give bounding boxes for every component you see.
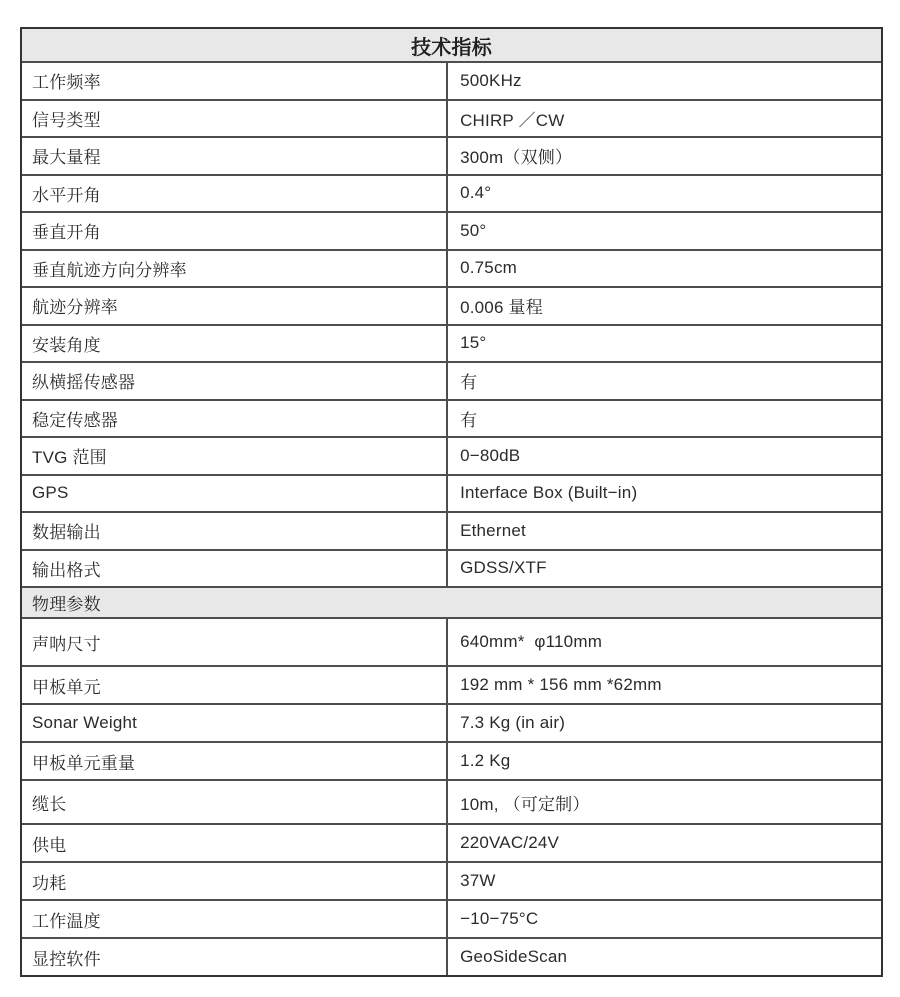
spec-value: 300m（双侧） [448,138,881,174]
spec-value: 192 mm * 156 mm *62mm [448,667,881,703]
table-row: 最大量程 300m（双侧） [22,138,881,176]
spec-label: 水平开角 [22,176,448,212]
table-title-row: 技术指标 [22,29,881,63]
spec-value: 有 [448,401,881,437]
table-row: 纵横摇传感器 有 [22,363,881,401]
table-row: 信号类型 CHIRP ／CW [22,101,881,139]
table-row: TVG 范围 0−80dB [22,438,881,476]
table-row: 输出格式 GDSS/XTF [22,551,881,589]
table-row: 航迹分辨率 0.006 量程 [22,288,881,326]
spec-value: 0.75cm [448,251,881,287]
spec-label: 声呐尺寸 [22,619,448,665]
table-row: 垂直航迹方向分辨率 0.75cm [22,251,881,289]
spec-label: 垂直航迹方向分辨率 [22,251,448,287]
spec-label: 垂直开角 [22,213,448,249]
spec-label: 安装角度 [22,326,448,362]
spec-label: 数据输出 [22,513,448,549]
spec-label: 工作频率 [22,63,448,99]
spec-value: Interface Box (Built−in) [448,476,881,512]
spec-value: CHIRP ／CW [448,101,881,137]
table-row: GPS Interface Box (Built−in) [22,476,881,514]
spec-value: −10−75°C [448,901,881,937]
spec-label: 甲板单元 [22,667,448,703]
spec-value: 10m, （可定制） [448,781,881,823]
spec-value: 220VAC/24V [448,825,881,861]
table-row: 安装角度 15° [22,326,881,364]
table-row: 显控软件 GeoSideScan [22,939,881,975]
table-row: 数据输出 Ethernet [22,513,881,551]
table-title: 技术指标 [22,29,881,61]
table-row: 稳定传感器 有 [22,401,881,439]
table-row: 甲板单元 192 mm * 156 mm *62mm [22,667,881,705]
spec-label: 甲板单元重量 [22,743,448,779]
spec-label: 功耗 [22,863,448,899]
table-row: 垂直开角 50° [22,213,881,251]
spec-label: 供电 [22,825,448,861]
table-row: 水平开角 0.4° [22,176,881,214]
spec-label: Sonar Weight [22,705,448,741]
physical-section-title: 物理参数 [22,588,881,617]
spec-value: 15° [448,326,881,362]
spec-label: TVG 范围 [22,438,448,474]
table-row: 声呐尺寸 640mm* φ110mm [22,619,881,667]
table-row: 供电 220VAC/24V [22,825,881,863]
spec-value: 640mm* φ110mm [448,619,881,665]
spec-value: 0.006 量程 [448,288,881,324]
spec-label: 最大量程 [22,138,448,174]
spec-value: 50° [448,213,881,249]
spec-label: 工作温度 [22,901,448,937]
spec-value: 7.3 Kg (in air) [448,705,881,741]
spec-value: 0−80dB [448,438,881,474]
technical-specs-table: 技术指标 工作频率 500KHz 信号类型 CHIRP ／CW 最大量程 300… [20,27,883,977]
spec-value: 1.2 Kg [448,743,881,779]
spec-value: GeoSideScan [448,939,881,975]
spec-label: GPS [22,476,448,512]
spec-label: 纵横摇传感器 [22,363,448,399]
spec-value: Ethernet [448,513,881,549]
table-row: 功耗 37W [22,863,881,901]
table-row: 工作频率 500KHz [22,63,881,101]
spec-value: 37W [448,863,881,899]
table-row: Sonar Weight 7.3 Kg (in air) [22,705,881,743]
spec-label: 稳定传感器 [22,401,448,437]
spec-label: 显控软件 [22,939,448,975]
spec-value: GDSS/XTF [448,551,881,587]
spec-label: 信号类型 [22,101,448,137]
spec-label: 输出格式 [22,551,448,587]
spec-value: 500KHz [448,63,881,99]
spec-label: 航迹分辨率 [22,288,448,324]
physical-section-header-row: 物理参数 [22,588,881,619]
table-row: 甲板单元重量 1.2 Kg [22,743,881,781]
table-row: 工作温度 −10−75°C [22,901,881,939]
spec-value: 有 [448,363,881,399]
spec-value: 0.4° [448,176,881,212]
spec-label: 缆长 [22,781,448,823]
table-row: 缆长 10m, （可定制） [22,781,881,825]
